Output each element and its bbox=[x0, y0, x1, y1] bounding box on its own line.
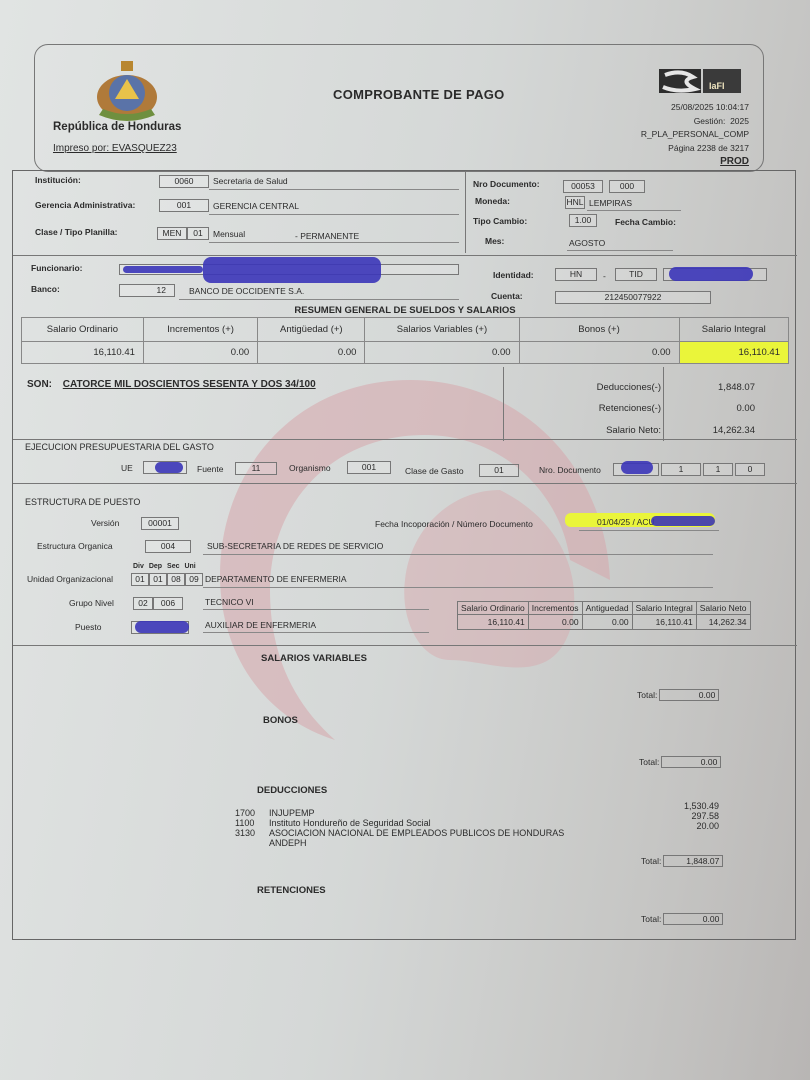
organismo-label: Organismo bbox=[289, 463, 331, 473]
country-name: República de Honduras bbox=[53, 121, 181, 133]
redacted-identidad bbox=[669, 267, 753, 281]
cuenta-value: 212450077922 bbox=[555, 291, 711, 304]
summary-title: RESUMEN GENERAL DE SUELDOS Y SALARIOS bbox=[13, 305, 797, 316]
salario-neto-value: 14,262.34 bbox=[713, 425, 755, 436]
fecha-incorporacion-value: 01/04/25 / ACU bbox=[597, 517, 655, 527]
salario-integral-highlighted: 16,110.41 bbox=[679, 342, 788, 364]
unidad-div: 01 bbox=[131, 573, 149, 586]
fuente-value: 11 bbox=[235, 462, 277, 475]
estructura-organica-label: Estructura Organica bbox=[37, 541, 113, 551]
unidad-organizacional-name: DEPARTAMENTO DE ENFERMERIA bbox=[205, 574, 347, 584]
payslip-body: Institución: 0060 Secretaria de Salud Ge… bbox=[12, 170, 796, 940]
moneda-code: HNL bbox=[565, 196, 585, 209]
unidad-dep: 01 bbox=[149, 573, 167, 586]
printed-by: Impreso por: EVASQUEZ23 bbox=[53, 143, 177, 154]
deducciones-label: Deducciones(-) bbox=[561, 382, 661, 393]
nro-documento-ejec-2: 1 bbox=[703, 463, 733, 476]
puesto-name: AUXILIAR DE ENFERMERIA bbox=[205, 620, 316, 630]
nro-documento-ejec-label: Nro. Documento bbox=[539, 465, 601, 475]
header-meta: 25/08/2025 10:04:17 Gestión: 2025 R_PLA_… bbox=[641, 101, 749, 169]
identidad-label: Identidad: bbox=[493, 270, 534, 280]
print-datetime: 25/08/2025 10:04:17 bbox=[641, 101, 749, 115]
deducciones-total: Total:1,848.07 bbox=[641, 855, 723, 867]
identidad-1: HN bbox=[555, 268, 597, 281]
puesto-salary-table: Salario Ordinario Incrementos Antiguedad… bbox=[457, 601, 751, 630]
nivel-code: 006 bbox=[153, 597, 183, 610]
deduccion-item: 1100Instituto Hondureño de Seguridad Soc… bbox=[235, 818, 431, 828]
ue-label: UE bbox=[121, 463, 133, 473]
unidad-sec: 08 bbox=[167, 573, 185, 586]
unidad-uni: 09 bbox=[185, 573, 203, 586]
puesto-title: ESTRUCTURA DE PUESTO bbox=[25, 497, 140, 507]
deduccion-amount: 1,530.49 bbox=[684, 801, 719, 811]
report-code: R_PLA_PERSONAL_COMP bbox=[641, 128, 749, 142]
institucion-label: Institución: bbox=[35, 175, 81, 185]
moneda-name: LEMPIRAS bbox=[589, 198, 632, 208]
environment-badge: PROD bbox=[641, 155, 749, 169]
gerencia-label: Gerencia Administrativa: bbox=[35, 200, 135, 210]
moneda-label: Moneda: bbox=[475, 196, 510, 206]
fecha-cambio-label: Fecha Cambio: bbox=[615, 217, 676, 227]
deduccion-item: 3130ASOCIACION NACIONAL DE EMPLEADOS PUB… bbox=[235, 828, 564, 838]
tipo-cambio-label: Tipo Cambio: bbox=[473, 216, 527, 226]
deduccion-amount: 20.00 bbox=[696, 821, 719, 831]
svg-text:IaFI: IaFI bbox=[709, 81, 725, 91]
nro-documento-ejec-3: 0 bbox=[735, 463, 765, 476]
retenciones-title: RETENCIONES bbox=[257, 885, 326, 896]
deduccion-item: 1700INJUPEMP bbox=[235, 808, 315, 818]
tipo-cambio-value: 1.00 bbox=[569, 214, 597, 227]
grupo-nivel-label: Grupo Nivel bbox=[69, 598, 114, 608]
nro-documento-1: 00053 bbox=[563, 180, 603, 193]
puesto-label: Puesto bbox=[75, 622, 101, 632]
redacted-name bbox=[203, 257, 381, 283]
siafi-logo-icon: IaFI bbox=[659, 67, 743, 95]
retenciones-total: Total:0.00 bbox=[641, 913, 723, 925]
estructura-organica-name: SUB-SECRETARIA DE REDES DE SERVICIO bbox=[207, 541, 383, 551]
fuente-label: Fuente bbox=[197, 464, 223, 474]
banco-label: Banco: bbox=[31, 284, 60, 294]
clase-gasto-label: Clase de Gasto bbox=[405, 466, 464, 476]
funcionario-label: Funcionario: bbox=[31, 263, 82, 273]
document-header: República de Honduras Impreso por: EVASQ… bbox=[34, 44, 764, 172]
tipo-code: 01 bbox=[187, 227, 209, 240]
retenciones-label: Retenciones(-) bbox=[561, 403, 661, 414]
salarios-variables-title: SALARIOS VARIABLES bbox=[261, 653, 367, 664]
clase-code: MEN bbox=[157, 227, 187, 240]
redacted-document bbox=[651, 516, 715, 526]
deducciones-value: 1,848.07 bbox=[718, 382, 755, 393]
unidad-organizacional-label: Unidad Organizacional bbox=[27, 574, 113, 584]
page-number: Página 2238 de 3217 bbox=[641, 142, 749, 156]
gerencia-name: GERENCIA CENTRAL bbox=[213, 201, 299, 211]
clase-gasto-value: 01 bbox=[479, 464, 519, 477]
ejecucion-title: EJECUCION PRESUPUESTARIA DEL GASTO bbox=[25, 442, 214, 452]
version-value: 00001 bbox=[141, 517, 179, 530]
nro-documento-label: Nro Documento: bbox=[473, 179, 540, 189]
document-title: COMPROBANTE DE PAGO bbox=[333, 87, 505, 102]
estructura-organica-code: 004 bbox=[145, 540, 191, 553]
mes-label: Mes: bbox=[485, 236, 504, 246]
institucion-code: 0060 bbox=[159, 175, 209, 188]
grupo-nivel-name: TECNICO VI bbox=[205, 597, 254, 607]
banco-code: 12 bbox=[119, 284, 175, 297]
unidad-headers: Div Dep Sec Uni bbox=[133, 563, 196, 570]
version-label: Versión bbox=[91, 518, 119, 528]
nro-documento-2: 000 bbox=[609, 180, 645, 193]
coat-of-arms-icon bbox=[91, 57, 163, 125]
clase-name: Mensual bbox=[213, 229, 245, 239]
tipo-name: - PERMANENTE bbox=[295, 231, 359, 241]
salarios-variables-total: Total:0.00 bbox=[637, 689, 719, 701]
bonos-title: BONOS bbox=[263, 715, 298, 726]
banco-name: BANCO DE OCCIDENTE S.A. bbox=[189, 286, 304, 296]
amount-in-words: SON: CATORCE MIL DOSCIENTOS SESENTA Y DO… bbox=[27, 379, 316, 390]
gerencia-code: 001 bbox=[159, 199, 209, 212]
retenciones-value: 0.00 bbox=[737, 403, 756, 414]
fecha-incorporacion-label: Fecha Incoporación / Número Documento bbox=[375, 519, 533, 529]
salario-neto-label: Salario Neto: bbox=[561, 425, 661, 436]
bonos-total: Total:0.00 bbox=[639, 756, 721, 768]
gestion: Gestión: 2025 bbox=[641, 115, 749, 129]
identidad-2: TID bbox=[615, 268, 657, 281]
institucion-name: Secretaria de Salud bbox=[213, 176, 288, 186]
cuenta-label: Cuenta: bbox=[491, 291, 523, 301]
mes-value: AGOSTO bbox=[569, 238, 605, 248]
clase-label: Clase / Tipo Planilla: bbox=[35, 227, 118, 237]
summary-table: Salario Ordinario Incrementos (+) Antigü… bbox=[21, 317, 789, 364]
organismo-value: 001 bbox=[347, 461, 391, 474]
deducciones-title: DEDUCCIONES bbox=[257, 785, 327, 796]
deduccion-amount: 297.58 bbox=[691, 811, 719, 821]
grupo-code: 02 bbox=[133, 597, 153, 610]
nro-documento-ejec-1: 1 bbox=[661, 463, 701, 476]
deduccion-extra-line: ANDEPH bbox=[269, 838, 307, 848]
